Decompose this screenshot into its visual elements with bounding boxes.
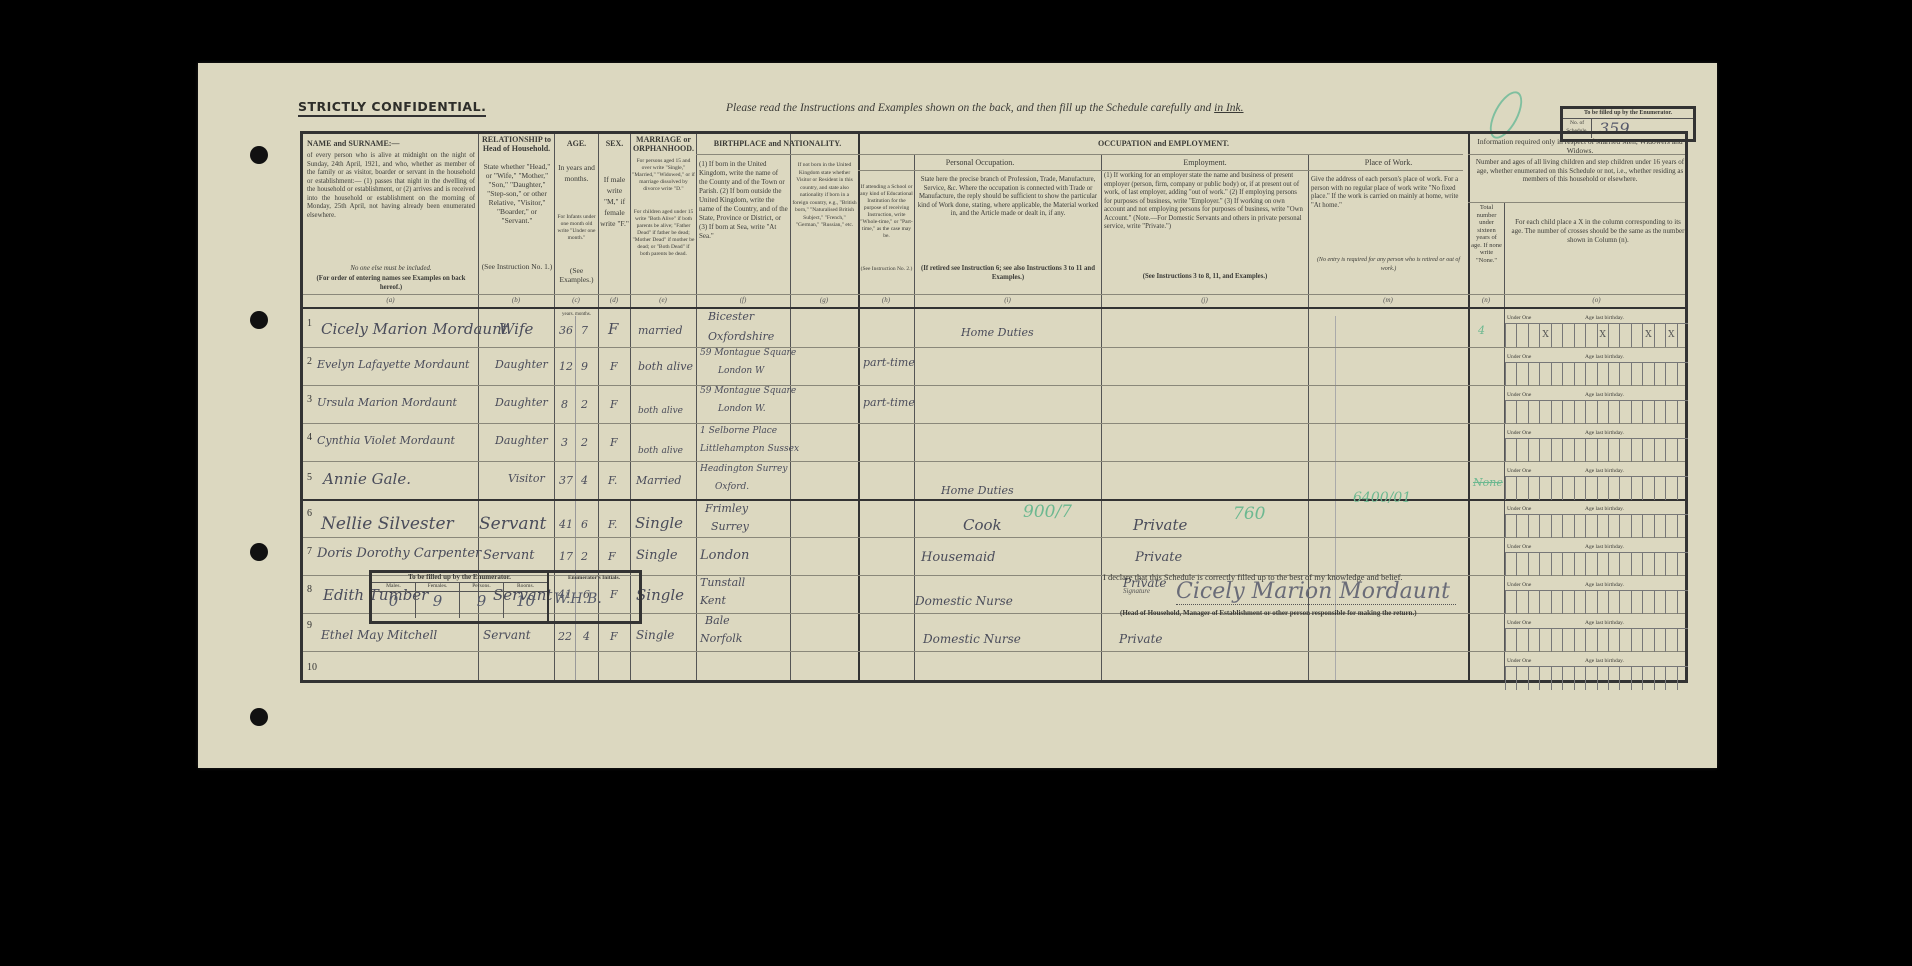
age-grid-row-3: Under OneAge last birthday. <box>1505 388 1688 424</box>
col-letter-e: (e) <box>630 296 696 304</box>
under-one-label: Under One <box>1507 544 1531 550</box>
col-letter-d: (d) <box>598 296 630 304</box>
age-grid-title: Age last birthday. <box>1585 544 1624 550</box>
relationship: Visitor <box>508 472 545 485</box>
age-months: 6 <box>581 518 588 531</box>
header-personal-occupation: Personal Occupation. <box>859 158 1101 167</box>
punch-hole <box>250 708 268 726</box>
header-age-foot: (See Examples.) <box>556 266 597 284</box>
header-occupation: OCCUPATION and EMPLOYMENT. <box>859 139 1468 148</box>
employer: Private <box>1119 632 1163 646</box>
females-count: 9 <box>416 592 460 618</box>
marriage-status: married <box>638 324 683 337</box>
occupation: Home Duties <box>941 484 1014 497</box>
col-letter-j: (j) <box>1101 296 1308 304</box>
workplace-code-annotation: 6400/01 <box>1353 490 1411 506</box>
col-letter-b: (b) <box>478 296 554 304</box>
marriage-status: both alive <box>638 446 683 456</box>
person-name: Evelyn Lafayette Mordaunt <box>317 358 469 371</box>
school-attendance: part-time <box>863 396 915 409</box>
age-grid-title: Age last birthday. <box>1585 658 1624 664</box>
relationship: Servant <box>483 628 531 642</box>
header-name: NAME and SURNAME:— <box>307 139 477 148</box>
relationship: Servant <box>483 548 535 563</box>
age-grid-title: Age last birthday. <box>1585 620 1624 626</box>
enumerator-initials: W.H.B. <box>554 591 602 607</box>
relationship: Wife <box>499 320 533 338</box>
enumerator-summary-title: To be filled up by the Enumerator. <box>372 573 547 583</box>
occupation-code-annotation: 900/7 <box>1023 502 1072 522</box>
persons-header: Persons. <box>460 583 504 591</box>
employer: Private <box>1135 550 1182 565</box>
header-name-note: No one else must be included. <box>307 264 475 273</box>
age-grid-row-1: Under OneAge last birthday. XXXX <box>1505 311 1688 347</box>
age-years: 3 <box>561 436 568 449</box>
birthplace-line-1: Bicester <box>708 310 754 323</box>
header-place-of-work-body: Give the address of each person's place … <box>1311 176 1466 256</box>
occupation: Domestic Nurse <box>923 632 1021 646</box>
age-months: 7 <box>581 324 588 337</box>
birthplace-line-1: Tunstall <box>700 576 745 589</box>
age-months: 2 <box>581 550 588 563</box>
age-months: 9 <box>581 360 588 373</box>
birthplace-line-1: Headington Surrey <box>700 464 787 474</box>
children-total: None <box>1473 476 1503 489</box>
header-age: AGE. <box>555 139 598 148</box>
col-letter-c: (c) <box>554 296 598 304</box>
age-months: 2 <box>581 436 588 449</box>
header-employment: Employment. <box>1102 158 1308 167</box>
row-number: 3 <box>307 394 312 405</box>
under-one-label: Under One <box>1507 315 1531 321</box>
age-grid-row-2: Under OneAge last birthday. <box>1505 350 1688 386</box>
punch-hole <box>250 543 268 561</box>
confidential-heading: STRICTLY CONFIDENTIAL. <box>298 99 486 117</box>
under-one-label: Under One <box>1507 430 1531 436</box>
age-grid-title: Age last birthday. <box>1585 315 1624 321</box>
under-one-label: Under One <box>1507 468 1531 474</box>
sex: F <box>610 360 618 373</box>
marriage-status: both alive <box>638 406 683 416</box>
header-nationality: If not born in the United Kingdom state … <box>792 162 857 290</box>
row-number: 2 <box>307 356 312 367</box>
header-place-of-work-note: (No entry is required for any person who… <box>1311 256 1466 274</box>
header-occupation-foot: (If retired see Instruction 6; see also … <box>917 264 1099 282</box>
birthplace-line-2: Oxfordshire <box>708 330 774 343</box>
age-months: 2 <box>581 398 588 411</box>
header-child-ages: For each child place a X in the column c… <box>1509 218 1687 245</box>
header-age-body: In years and months. <box>556 162 597 184</box>
row-number: 9 <box>307 620 312 631</box>
birthplace-line-2: Surrey <box>711 520 749 533</box>
col-letter-h: (h) <box>858 296 914 304</box>
occupation: Housemaid <box>921 550 995 565</box>
birthplace-line-2: London W. <box>718 404 766 414</box>
sex: F. <box>608 518 617 531</box>
occupation: Cook <box>963 516 1002 534</box>
row-number: 7 <box>307 546 312 557</box>
age-grid-title: Age last birthday. <box>1585 468 1624 474</box>
marriage-status: Single <box>635 514 683 532</box>
header-marriage-note: For children aged under 15 write "Both A… <box>632 209 695 291</box>
age-years: 12 <box>559 360 573 373</box>
header-school-foot: (See Instruction No. 2.) <box>860 266 913 273</box>
relationship: Daughter <box>495 358 548 371</box>
under-one-label: Under One <box>1507 354 1531 360</box>
birthplace-line-2: London W <box>718 366 764 376</box>
punch-hole <box>250 146 268 164</box>
instructions-line: Please read the Instructions and Example… <box>726 102 1244 114</box>
occupation: Home Duties <box>961 326 1034 339</box>
header-place-of-work: Place of Work. <box>1309 158 1468 167</box>
person-name: Annie Gale. <box>323 470 411 488</box>
signature: Cicely Marion Mordaunt <box>1176 579 1456 605</box>
under-one-label: Under One <box>1507 582 1531 588</box>
age-grid-title: Age last birthday. <box>1585 354 1624 360</box>
age-months: 4 <box>583 630 590 643</box>
marriage-status: Single <box>636 586 684 604</box>
person-name: Cynthia Violet Mordaunt <box>317 434 455 447</box>
header-total-children: Total number under sixteen years of age.… <box>1470 204 1503 264</box>
birthplace-line-2: Kent <box>700 594 726 607</box>
age-years: 37 <box>559 474 573 487</box>
header-married-body: Number and ages of all living children a… <box>1473 158 1687 184</box>
row-number: 10 <box>307 662 317 673</box>
age-grid-row-10: Under OneAge last birthday. <box>1505 654 1688 690</box>
marriage-status: Single <box>636 628 674 642</box>
under-one-label: Under One <box>1507 620 1531 626</box>
birthplace-line-1: Frimley <box>705 502 748 515</box>
marriage-status: Single <box>636 548 678 563</box>
sex: F <box>610 398 618 411</box>
age-grid-title: Age last birthday. <box>1585 506 1624 512</box>
birthplace-line-1: 59 Montague Square <box>700 348 796 358</box>
school-attendance: part-time <box>863 356 915 369</box>
birthplace-line-2: Norfolk <box>700 632 742 645</box>
birthplace-line-1: London <box>700 548 749 563</box>
header-school: If attending a School or any kind of Edu… <box>860 184 913 264</box>
relationship: Servant <box>479 514 546 534</box>
row-number: 4 <box>307 432 312 443</box>
punch-hole <box>250 311 268 329</box>
age-years: 17 <box>559 550 573 563</box>
birthplace-line-2: Littlehampton Sussex <box>700 444 799 454</box>
persons-count: 9 <box>460 592 504 618</box>
header-relationship-foot: (See Instruction No. 1.) <box>481 262 553 271</box>
person-name: Cicely Marion Mordaunt <box>321 320 508 338</box>
header-married-info: Information required only in respect of … <box>1471 137 1689 155</box>
signature-subtext: (Head of Household, Manager of Establish… <box>1120 609 1417 617</box>
sex: F <box>608 320 618 338</box>
age-grid-row-5: Under OneAge last birthday. <box>1505 464 1688 500</box>
person-name: Ethel May Mitchell <box>321 628 437 642</box>
enumerator-summary-box: To be filled up by the Enumerator. Enume… <box>369 570 642 624</box>
relationship: Daughter <box>495 434 548 447</box>
signature-label: Signature <box>1123 587 1150 595</box>
col-letter-f: (f) <box>696 296 790 304</box>
age-grid-row-9: Under OneAge last birthday. <box>1505 616 1688 652</box>
marriage-status: both alive <box>638 360 693 373</box>
header-relationship-body: State whether "Head," or "Wife," "Mother… <box>481 162 553 252</box>
row-number: 1 <box>307 318 312 329</box>
rooms-count: 10 <box>504 592 547 618</box>
age-years: 36 <box>559 324 573 337</box>
header-sex: SEX. <box>599 139 630 148</box>
birthplace-line-2: Oxford. <box>715 482 749 492</box>
person-name: Doris Dorothy Carpenter <box>317 546 481 561</box>
header-birthplace: BIRTHPLACE and NATIONALITY. <box>697 139 858 148</box>
header-name-foot: (For order of entering names see Example… <box>307 274 475 292</box>
age-grid-title: Age last birthday. <box>1585 430 1624 436</box>
col-letter-i: (i) <box>914 296 1101 304</box>
relationship: Daughter <box>495 396 548 409</box>
employer-code-annotation: 760 <box>1233 504 1265 524</box>
header-name-body: of every person who is alive at midnight… <box>307 152 475 262</box>
marriage-status: Married <box>636 474 681 487</box>
under-one-label: Under One <box>1507 506 1531 512</box>
under-one-label: Under One <box>1507 658 1531 664</box>
age-months: 4 <box>581 474 588 487</box>
col-letter-a: (a) <box>303 296 478 304</box>
header-sex-body: If male write "M," if female write "F." <box>600 174 629 229</box>
instructions-text: Please read the Instructions and Example… <box>726 102 1214 114</box>
row-number: 8 <box>307 584 312 595</box>
schedule-box-title: To be filled up by the Enumerator. <box>1563 109 1693 119</box>
header-age-note: For Infants under one month old write "U… <box>556 214 597 242</box>
header-employment-body: (1) If working for an employer state the… <box>1104 172 1306 272</box>
occupation: Domestic Nurse <box>915 594 1013 608</box>
row-number: 5 <box>307 472 312 483</box>
header-marriage: MARRIAGE or ORPHANHOOD. <box>631 135 696 153</box>
age-years: 8 <box>561 398 568 411</box>
age-grid-row-4: Under OneAge last birthday. <box>1505 426 1688 462</box>
header-employment-foot: (See Instructions 3 to 8, 11, and Exampl… <box>1104 272 1306 281</box>
birthplace-line-1: 1 Selborne Place <box>700 426 777 436</box>
age-years: 22 <box>558 630 572 643</box>
employer: Private <box>1133 516 1187 534</box>
col-letter-m: (m) <box>1308 296 1468 304</box>
under-one-label: Under One <box>1507 392 1531 398</box>
age-grid-title: Age last birthday. <box>1585 582 1624 588</box>
males-header: Males. <box>372 583 416 591</box>
row-number: 6 <box>307 508 312 519</box>
header-marriage-body: For persons aged 15 and over write "Sing… <box>632 158 695 193</box>
birthplace-line-1: Bale <box>705 614 730 627</box>
birthplace-line-1: 59 Montague Square <box>700 386 796 396</box>
header-relationship: RELATIONSHIP to Head of Household. <box>479 135 554 153</box>
instructions-ink: in Ink. <box>1214 102 1243 114</box>
header-birthplace-uk: (1) If born in the United Kingdom, write… <box>699 160 788 290</box>
person-name: Ursula Marion Mordaunt <box>317 396 457 409</box>
age-grid-row-7: Under OneAge last birthday. <box>1505 540 1688 576</box>
col-letter-g: (g) <box>790 296 858 304</box>
sex: F <box>608 550 616 563</box>
sex: F <box>610 630 618 643</box>
age-subheader: years. months. <box>556 310 597 319</box>
rooms-header: Rooms. <box>504 583 547 591</box>
sex: F <box>610 436 618 449</box>
census-schedule-page: STRICTLY CONFIDENTIAL. Please read the I… <box>198 63 1717 768</box>
person-name: Nellie Silvester <box>321 514 454 534</box>
age-grid-row-6: Under OneAge last birthday. <box>1505 502 1688 538</box>
age-grid-title: Age last birthday. <box>1585 392 1624 398</box>
males-count: 0 <box>372 592 416 618</box>
col-letter-n: (n) <box>1468 296 1504 304</box>
header-occupation-body: State here the precise branch of Profess… <box>917 176 1099 256</box>
col-letter-o: (o) <box>1504 296 1689 304</box>
females-header: Females. <box>416 583 460 591</box>
sex: F. <box>608 474 617 487</box>
age-grid-row-8: Under OneAge last birthday. <box>1505 578 1688 614</box>
age-years: 41 <box>559 518 573 531</box>
children-total: 4 <box>1478 324 1485 337</box>
